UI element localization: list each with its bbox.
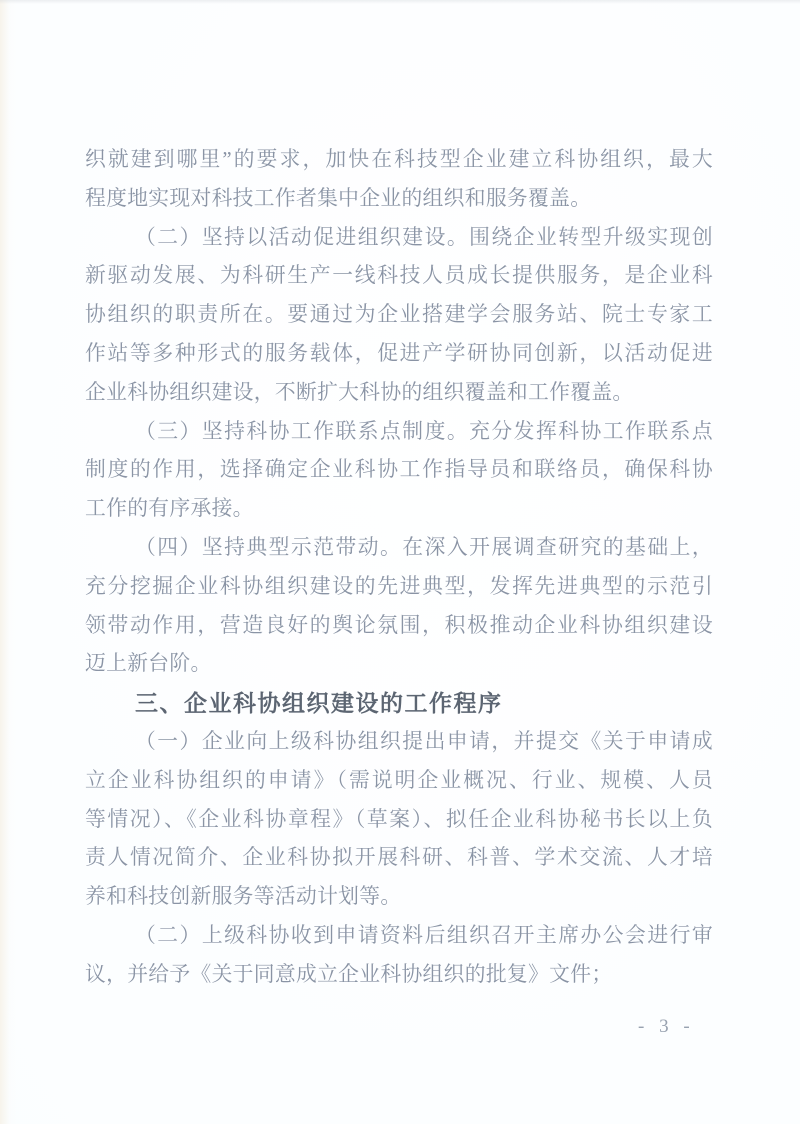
text-line-3: （二）坚持以活动促进组织建设。围绕企业转型升级实现创 (85, 219, 713, 258)
text-line-21: （二）上级科协收到申请资料后组织召开主席办公会进行审 (85, 917, 713, 956)
text-line-1: 织就建到哪里”的要求，加快在科技型企业建立科协组织，最大 (85, 141, 713, 180)
scanned-document-page: { "colors": { "page_background": "#fcfef… (0, 0, 800, 1124)
text-line-14: 迈上新台阶。 (85, 645, 713, 684)
text-line-18: 等情况）、《企业科协章程》（草案）、拟任企业科协秘书长以上负 (85, 801, 713, 840)
text-line-12: 充分挖掘企业科协组织建设的先进典型，发挥先进典型的示范引 (85, 568, 713, 607)
text-line-8: （三）坚持科协工作联系点制度。充分发挥科协工作联系点 (85, 413, 713, 452)
text-line-22: 议，并给予《关于同意成立企业科协组织的批复》文件； (85, 956, 713, 995)
text-line-19: 责人情况简介、企业科协拟开展科研、科普、学术交流、人才培 (85, 839, 713, 878)
text-line-5: 协组织的职责所在。要通过为企业搭建学会服务站、院士专家工 (85, 296, 713, 335)
document-text: 织就建到哪里”的要求，加快在科技型企业建立科协组织，最大程度地实现对科技工作者集… (85, 141, 713, 995)
text-line-9: 制度的作用，选择确定企业科协工作指导员和联络员，确保科协 (85, 451, 713, 490)
text-line-16: （一）企业向上级科协组织提出申请，并提交《关于申请成 (85, 723, 713, 762)
text-line-4: 新驱动发展、为科研生产一线科技人员成长提供服务，是企业科 (85, 257, 713, 296)
text-line-2: 程度地实现对科技工作者集中企业的组织和服务覆盖。 (85, 180, 713, 219)
text-line-13: 领带动作用，营造良好的舆论氛围，积极推动企业科协组织建设 (85, 607, 713, 646)
text-line-17: 立企业科协组织的申请》（需说明企业概况、行业、规模、人员 (85, 762, 713, 801)
page-number: - 3 - (638, 1012, 718, 1042)
text-line-20: 养和科技创新服务等活动计划等。 (85, 878, 713, 917)
text-line-6: 作站等多种形式的服务载体，促进产学研协同创新，以活动促进 (85, 335, 713, 374)
text-line-10: 工作的有序承接。 (85, 490, 713, 529)
text-line-7: 企业科协组织建设，不断扩大科协的组织覆盖和工作覆盖。 (85, 374, 713, 413)
section-heading: 三、企业科协组织建设的工作程序 (85, 684, 713, 723)
text-line-11: （四）坚持典型示范带动。在深入开展调查研究的基础上， (85, 529, 713, 568)
